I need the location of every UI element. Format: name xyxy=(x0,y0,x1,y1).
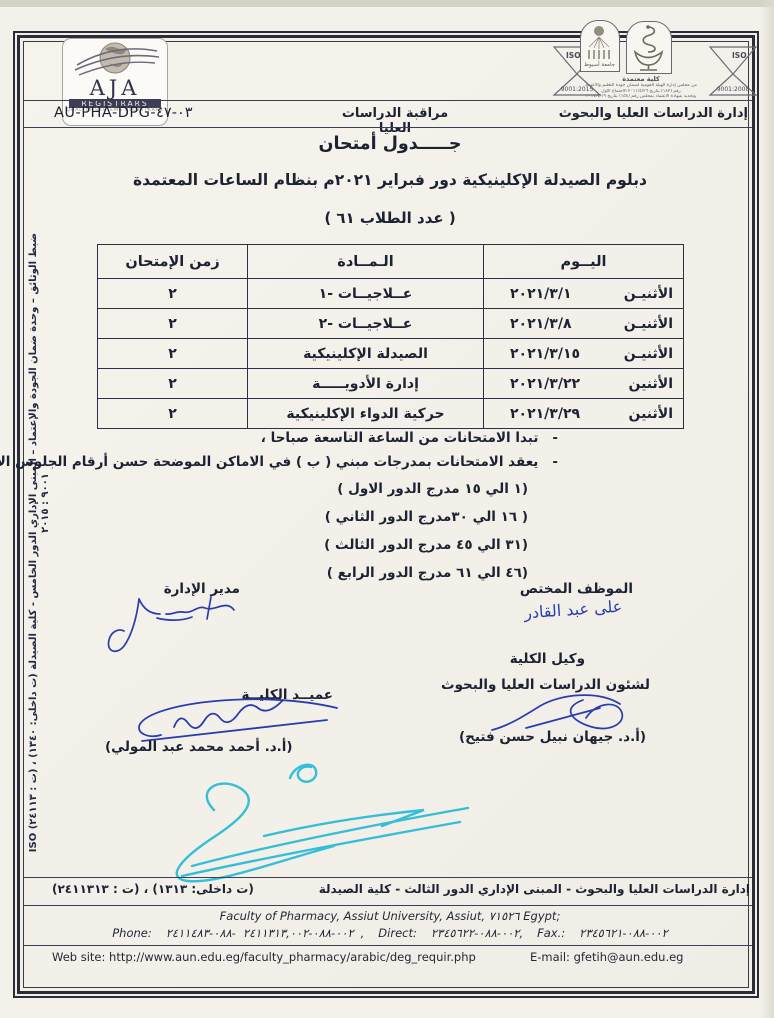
accreditation-detail-3: وتجديد شهادة الاعتماد بمجلس رقم (١٥٨) بت… xyxy=(582,94,700,100)
students-count: ( عدد الطلاب ٦١ ) xyxy=(40,209,740,227)
seating-range-1: (١ الي ١٥ مدرج الدور الاول ) xyxy=(337,481,528,497)
accreditation-detail-1: من مجلس إدارة الهيئة القومية لضمان جودة … xyxy=(582,83,700,89)
officer-title: الموظف المختص xyxy=(520,581,633,597)
svg-text:جامعة أسيوط: جامعة أسيوط xyxy=(584,60,615,68)
exam-subject: إدارة الأدويـــــة xyxy=(248,369,484,399)
globe-icon xyxy=(65,39,165,79)
footer-rule-2 xyxy=(24,905,752,906)
exam-subject: الصيدلة الإكلينيكية xyxy=(248,339,484,369)
footer-arabic-phones: (ت داخلى: ١٣١٣) ، (ت : ٢٤١١٣١٣) xyxy=(52,882,254,896)
seating-range-3: (٣١ الي ٤٥ مدرج الدور الثالث ) xyxy=(324,537,528,553)
diploma-subtitle: دبلوم الصيدلة الإكلينيكية دور فبراير ٢٠٢… xyxy=(40,171,740,189)
website-link[interactable]: Web site: http://www.aun.edu.eg/faculty_… xyxy=(52,950,476,964)
dash-bullet: - xyxy=(552,454,558,470)
vice-dean-title: وكيل الكلية xyxy=(510,651,585,667)
note-locations: -يعقد الامتحانات بمدرجات مبني ( ب ) في ا… xyxy=(0,454,558,470)
direct-number: ٠٠٢-٠٨٨-٢٣٤٥٦٢٢, xyxy=(431,926,523,940)
page-title: جـــــدول أمتحان xyxy=(40,134,740,154)
exam-day: الأثنيـن xyxy=(624,316,673,332)
sun-pillars-icon: جامعة أسيوط xyxy=(581,21,618,70)
table-row: الأثنيـن٢٠٢١/٣/١ عــلاجيــات -١ ٢ xyxy=(98,279,684,309)
exam-schedule-table: اليــوم الـمــادة زمن الإمتحان الأثنيـن٢… xyxy=(97,244,684,429)
document-code: AU-PHA-DPG-٠٣-٤٧ xyxy=(54,105,193,121)
fax-label: Fax.: xyxy=(537,926,565,940)
iso-left-label: ISO xyxy=(566,51,581,60)
iso-right-label: ISO xyxy=(732,51,747,60)
accreditation-caption: كلية معتمدة من مجلس إدارة الهيئة القومية… xyxy=(582,75,700,100)
college-accredited-label: كلية معتمدة xyxy=(582,75,700,83)
aja-acronym: AJA xyxy=(63,80,167,97)
exam-day: الأثنيـن xyxy=(624,346,673,362)
table-header-row: اليــوم الـمــادة زمن الإمتحان xyxy=(98,245,684,279)
iso-right-year: 9001:2008 xyxy=(717,86,750,93)
accreditation-emblems: ISO 9001:2015 ISO 9001:2008 xyxy=(552,18,758,110)
header-rule-bottom xyxy=(24,127,752,128)
exam-date: ٢٠٢١/٣/٢٩ xyxy=(510,406,580,422)
dash-bullet: - xyxy=(552,430,558,446)
footer-arabic-address: إدارة الدراسات العليا والبحوث - المبنى ا… xyxy=(319,882,750,896)
exam-date: ٢٠٢١/٣/٨ xyxy=(510,316,572,332)
seating-range-4: (٤٦ الي ٦١ مدرج الدور الرابع ) xyxy=(327,565,528,581)
pharmacy-emblem xyxy=(626,21,672,74)
exam-subject: عــلاجيــات -١ xyxy=(248,279,484,309)
header-rule-top xyxy=(24,100,752,101)
exam-duration: ٢ xyxy=(98,399,248,429)
quality-control-sidebar: ضبط الوثائق – وحدة ضمان الجودة والإعتماد… xyxy=(27,233,52,773)
footer-phone-line: Phone:٠٠٢-٠٨٨-٢٤١١٣١٣,٠٠٢-٠٨٨-٢٤١١٤٨٣,Di… xyxy=(40,926,740,940)
exam-day: الأثنيـن xyxy=(624,286,673,302)
dept-graduate-studies-monitor: مراقبة الدراسات العليا xyxy=(330,106,460,136)
scan-edge-band xyxy=(0,0,774,7)
director-signature xyxy=(92,590,242,660)
note-start-time: -تبدا الامتحانات من الساعة التاسعة صباحا… xyxy=(261,430,558,446)
table-row: الأثنين٢٠٢١/٣/٢٢ إدارة الأدويـــــة ٢ xyxy=(98,369,684,399)
exam-date: ٢٠٢١/٣/١ xyxy=(510,286,572,302)
exam-day: الأثنين xyxy=(628,406,673,422)
table-row: الأثنيـن٢٠٢١/٣/٨ عــلاجيــات -٢ ٢ xyxy=(98,309,684,339)
exam-duration: ٢ xyxy=(98,279,248,309)
direct-label: Direct: xyxy=(378,926,417,940)
exam-date: ٢٠٢١/٣/١٥ xyxy=(510,346,580,362)
dept-graduate-studies-research: إدارة الدراسات العليا والبحوث xyxy=(559,106,748,121)
footer-english-address: Faculty of Pharmacy, Assiut University, … xyxy=(40,909,740,923)
assiut-university-emblem: جامعة أسيوط xyxy=(580,20,620,72)
sidebar-line1: ضبط الوثائق – وحدة ضمان الجودة والإعتماد… xyxy=(27,233,40,773)
exam-date: ٢٠٢١/٣/٢٢ xyxy=(510,376,580,392)
table-row: الأثنين٢٠٢١/٣/٢٩ حركية الدواء الإكلينيكي… xyxy=(98,399,684,429)
footer-rule-3 xyxy=(24,945,752,946)
seating-range-2: ( ١٦ الي ٣٠مدرج الدور الثاني ) xyxy=(325,509,528,525)
snake-chalice-icon xyxy=(627,22,670,72)
iso-9001-2008-badge: ISO 9001:2008 xyxy=(708,44,758,98)
exam-day: الأثنين xyxy=(628,376,673,392)
col-duration: زمن الإمتحان xyxy=(98,245,248,279)
stamp-flourish-signature xyxy=(122,748,482,883)
exam-subject: عــلاجيــات -٢ xyxy=(248,309,484,339)
fax-number: ٠٠٢-٠٨٨-٢٣٤٥٦٢١ xyxy=(579,926,668,940)
email-link[interactable]: E-mail: gfetih@aun.edu.eg xyxy=(530,950,683,964)
table-row: الأثنيـن٢٠٢١/٣/١٥ الصيدلة الإكلينيكية ٢ xyxy=(98,339,684,369)
scanned-exam-schedule-page: AJA REGISTRARS QUALITY SYSTEMS REGISTRAR… xyxy=(0,0,774,1018)
vice-dean-name: (أ.د. جيهان نبيل حسن فتيح) xyxy=(459,729,646,745)
footer-rule-1 xyxy=(24,877,752,878)
exam-duration: ٢ xyxy=(98,309,248,339)
sidebar-line2: ٩٠٠١ : ٢٠١٥ xyxy=(40,233,52,773)
col-subject: الـمــادة xyxy=(248,245,484,279)
col-day: اليــوم xyxy=(484,245,684,279)
exam-subject: حركية الدواء الإكلينيكية xyxy=(248,399,484,429)
exam-duration: ٢ xyxy=(98,369,248,399)
exam-duration: ٢ xyxy=(98,339,248,369)
phone-label: Phone: xyxy=(112,926,152,940)
scan-shadow xyxy=(760,0,774,1018)
